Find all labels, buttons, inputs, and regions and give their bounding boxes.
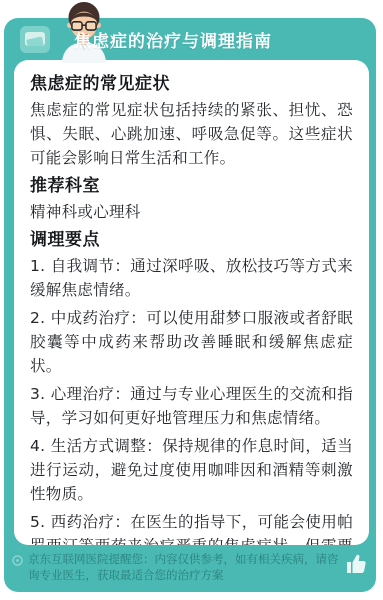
thumbs-up-icon[interactable]: [344, 552, 368, 576]
card-header: 焦虑症的治疗与调理指南: [4, 18, 376, 60]
tip-item-2: 2. 中成药治疗：可以使用甜梦口服液或者舒眠胶囊等中成药来帮助改善睡眠和缓解焦虑…: [30, 306, 353, 378]
section-heading-tips: 调理要点: [30, 228, 353, 252]
disclaimer-text: 京东互联网医院提醒您：内容仅供参考，如有相关疾病，请咨询专业医生，获取最适合您的…: [28, 551, 340, 583]
health-guide-card: 焦虑症的治疗与调理指南 焦虑症的常见症状 焦虑症的常见症状包括持续的紧张、担忧、…: [4, 18, 376, 592]
photo-badge-icon: [20, 26, 50, 53]
photo-badge-inner: [25, 32, 45, 46]
tip-item-1: 1. 自我调节：通过深呼吸、放松技巧等方式来缓解焦虑情绪。: [30, 254, 353, 302]
section-heading-department: 推荐科室: [30, 174, 353, 198]
section-body-department: 精神科或心理科: [30, 200, 353, 224]
tip-item-5: 5. 西药治疗：在医生的指导下，可能会使用帕罗西汀等西药来治疗严重的焦虑症状，但…: [30, 510, 353, 545]
content-card: 焦虑症的常见症状 焦虑症的常见症状包括持续的紧张、担忧、恐惧、失眠、心跳加速、呼…: [14, 60, 369, 545]
info-circle-icon: [12, 554, 23, 570]
section-heading-symptoms: 焦虑症的常见症状: [30, 72, 353, 96]
card-title: 焦虑症的治疗与调理指南: [74, 27, 272, 52]
section-body-symptoms: 焦虑症的常见症状包括持续的紧张、担忧、恐惧、失眠、心跳加速、呼吸急促等。这些症状…: [30, 98, 353, 170]
tip-item-4: 4. 生活方式调整：保持规律的作息时间，适当进行运动，避免过度使用咖啡因和酒精等…: [30, 434, 353, 506]
tip-item-3: 3. 心理治疗：通过与专业心理医生的交流和指导，学习如何更好地管理压力和焦虑情绪…: [30, 382, 353, 430]
disclaimer-bar: 京东互联网医院提醒您：内容仅供参考，如有相关疾病，请咨询专业医生，获取最适合您的…: [12, 551, 340, 583]
